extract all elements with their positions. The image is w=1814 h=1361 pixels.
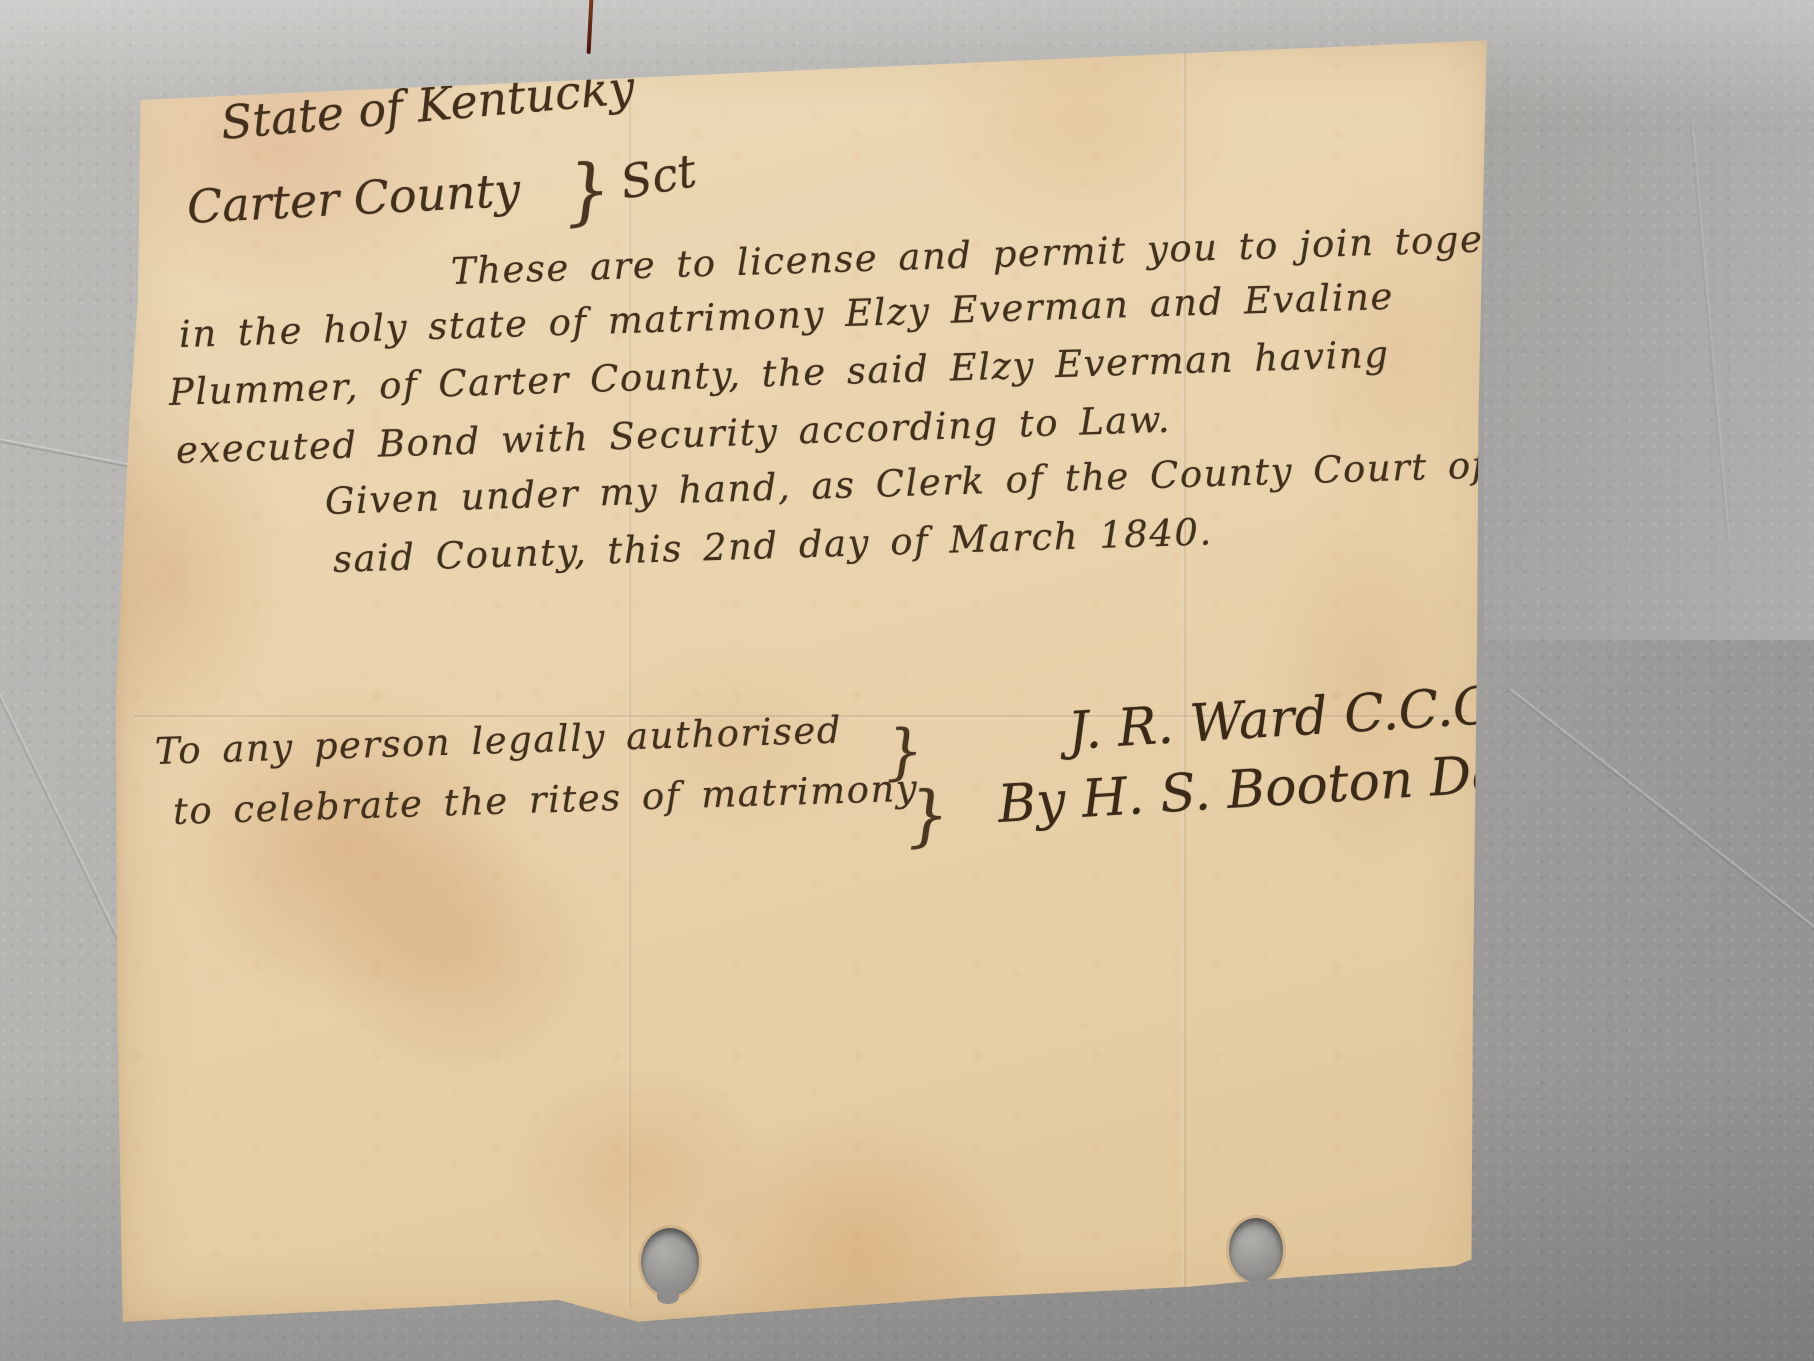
addressee-brace: } bbox=[905, 776, 951, 855]
vertical-fold-left bbox=[627, 49, 631, 1307]
right-highlight bbox=[1484, 0, 1814, 640]
punch-hole-right bbox=[1229, 1218, 1283, 1282]
photograph: State of Kentucky Carter County } Sct Th… bbox=[0, 0, 1814, 1361]
punch-hole-left bbox=[641, 1228, 699, 1296]
scilicet-brace: } bbox=[562, 147, 614, 234]
marriage-license-document: State of Kentucky Carter County } Sct Th… bbox=[113, 30, 1495, 1327]
